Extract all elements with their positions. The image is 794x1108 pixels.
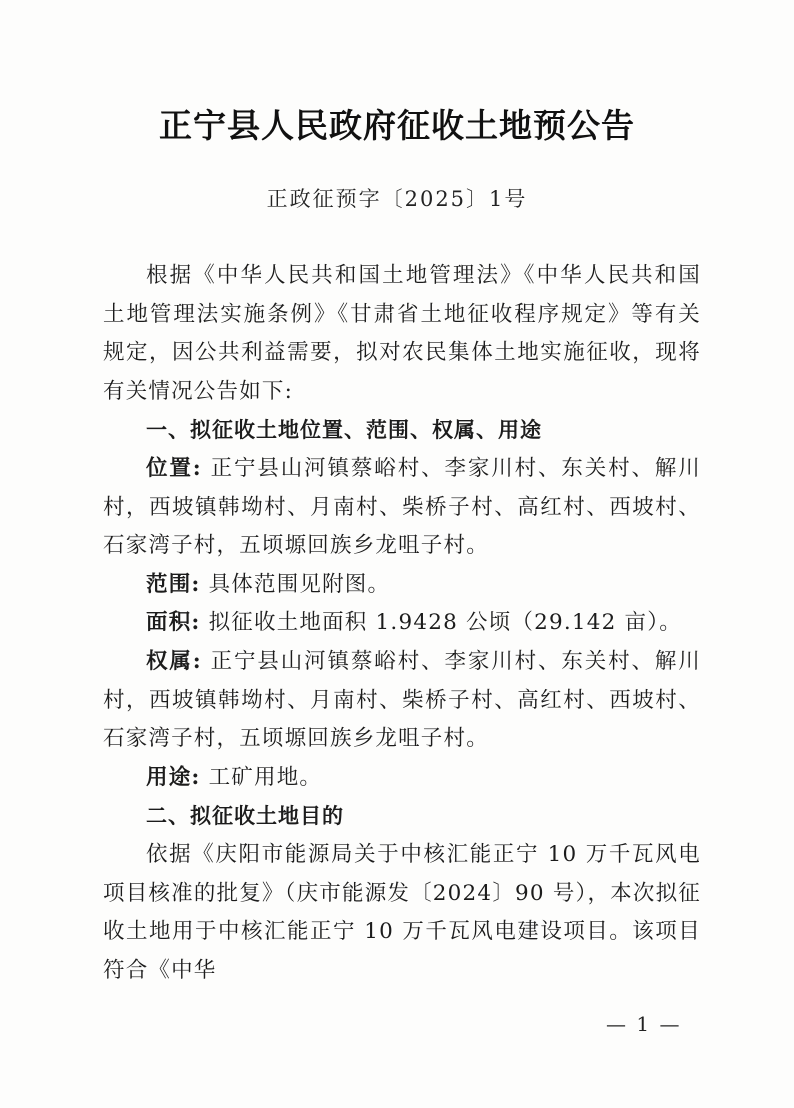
- document-number: 正政征预字〔2025〕1号: [0, 183, 794, 213]
- purpose-paragraph: 依据《庆阳市能源局关于中核汇能正宁 10 万千瓦风电项目核准的批复》（庆市能源发…: [103, 836, 701, 990]
- ownership-paragraph: 权属: 正宁县山河镇蔡峪村、李家川村、东关村、解川村，西坡镇韩坳村、月南村、柴桥…: [103, 643, 701, 759]
- document-title: 正宁县人民政府征收土地预公告: [0, 100, 794, 147]
- section-2-heading: 二、拟征收土地目的: [103, 797, 701, 836]
- intro-paragraph: 根据《中华人民共和国土地管理法》《中华人民共和国土地管理法实施条例》《甘肃省土地…: [103, 257, 701, 411]
- usage-paragraph: 用途: 工矿用地。: [103, 759, 701, 798]
- page-number: — 1 —: [606, 1012, 681, 1036]
- location-label: 位置:: [146, 456, 202, 481]
- location-paragraph: 位置: 正宁县山河镇蔡峪村、李家川村、东关村、解川村，西坡镇韩坳村、月南村、柴桥…: [103, 450, 701, 566]
- scope-text: 具体范围见附图。: [209, 572, 391, 597]
- ownership-label: 权属:: [146, 649, 202, 674]
- area-label: 面积:: [146, 610, 201, 635]
- document-page: 正宁县人民政府征收土地预公告 正政征预字〔2025〕1号 根据《中华人民共和国土…: [0, 0, 794, 1108]
- usage-label: 用途:: [146, 765, 201, 790]
- usage-text: 工矿用地。: [209, 765, 323, 790]
- scope-paragraph: 范围: 具体范围见附图。: [103, 566, 701, 605]
- section-1-heading: 一、拟征收土地位置、范围、权属、用途: [103, 411, 701, 450]
- scope-label: 范围:: [146, 572, 201, 597]
- area-text: 拟征收土地面积 1.9428 公顷（29.142 亩）。: [209, 610, 682, 635]
- area-paragraph: 面积: 拟征收土地面积 1.9428 公顷（29.142 亩）。: [103, 604, 701, 643]
- document-body: 根据《中华人民共和国土地管理法》《中华人民共和国土地管理法实施条例》《甘肃省土地…: [103, 257, 701, 990]
